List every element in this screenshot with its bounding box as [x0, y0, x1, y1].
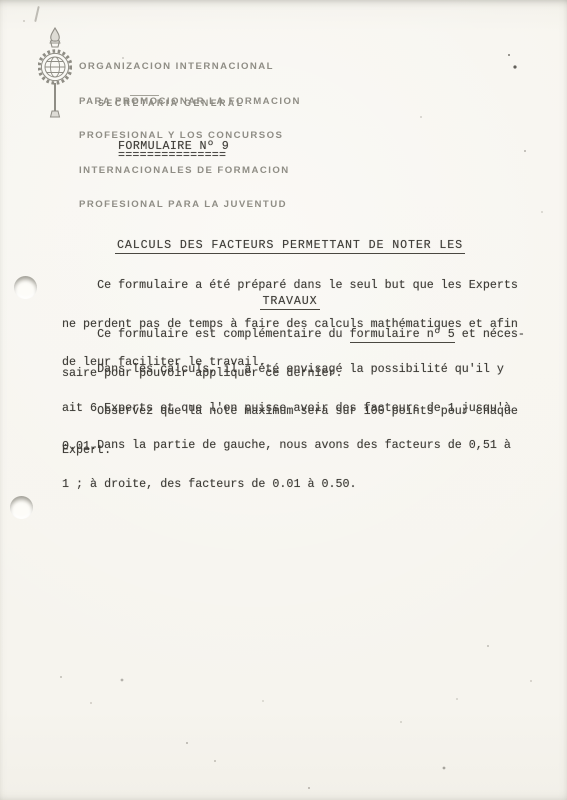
- punch-hole: [10, 496, 33, 519]
- scan-noise: [0, 0, 2, 2]
- org-name-line: ORGANIZACION INTERNACIONAL: [79, 61, 301, 73]
- text-line: Ce formulaire a été préparé dans le seul…: [62, 279, 518, 292]
- punch-hole: [14, 276, 37, 299]
- org-logo-torch-globe-icon: [38, 27, 72, 121]
- pencil-scratch: [34, 6, 39, 22]
- text-line: Dans la partie de gauche, nous avons des…: [62, 439, 511, 452]
- pencil-dot: [23, 20, 25, 22]
- form-number-underline: ===============: [118, 149, 226, 162]
- text-line: Dans les calculs, il a été envisagé la p…: [62, 363, 511, 376]
- paragraph-factor-ranges: Dans la partie de gauche, nous avons des…: [62, 414, 511, 516]
- document-title-line: CALCULS DES FACTEURS PERMETTANT DE NOTER…: [30, 236, 550, 255]
- letterhead-department: SECRETARIA GENERAL: [98, 98, 245, 108]
- org-name-line: INTERNACIONALES DE FORMACION: [79, 165, 301, 177]
- text-line: 1 ; à droite, des facteurs de 0.01 à 0.5…: [62, 478, 511, 491]
- scanned-document-page: ORGANIZACION INTERNACIONAL PARA PROMOCIO…: [0, 0, 567, 800]
- letterhead-divider: [130, 95, 159, 96]
